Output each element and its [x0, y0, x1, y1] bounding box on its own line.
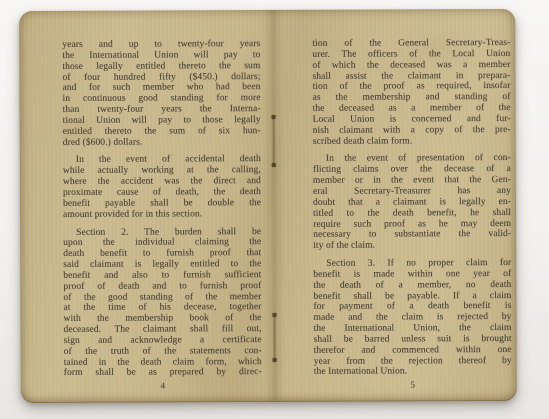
text-line: form shall be as prepared by direc- — [64, 367, 262, 379]
text-line: the International Union will pay to — [62, 50, 260, 62]
text-line: of the truth of the statements con- — [64, 346, 262, 358]
staple-mark — [273, 358, 277, 362]
text-line: doubt that a claimant is legally en- — [313, 197, 511, 209]
text-line: years and up to twenty-four years — [62, 39, 260, 51]
text-line: shall be barred unless suit is brought — [314, 334, 512, 346]
text-line: for payment of a death benefit is — [313, 301, 511, 313]
text-line: proximate cause of death, the death — [63, 187, 261, 199]
text-line: eral Secretary-Treasurer has any — [313, 186, 511, 198]
paragraph: Section 3. If no proper claim forbenefit… — [313, 258, 512, 378]
booklet: years and up to twenty-four yearsthe Int… — [19, 9, 517, 403]
text-line: Local Union is concerned and fur- — [313, 114, 511, 126]
page-right-text: tion of the General Secretary-Treas-urer… — [312, 38, 511, 378]
text-line: where the accident was the direct and — [63, 176, 261, 188]
staple-mark — [272, 313, 276, 317]
text-line: benefit and also to furnish sufficient — [63, 270, 261, 282]
staple-mark — [273, 117, 275, 166]
text-line: the International Union, the claim — [314, 323, 512, 335]
text-line: tion of the General Secretary-Treas- — [312, 38, 510, 50]
text-line: therefor and commenced within one — [314, 345, 512, 357]
text-line: the International Union. — [314, 366, 512, 378]
text-line: amount provided for in this section. — [63, 209, 261, 221]
text-line: scribed death claim form. — [313, 136, 511, 148]
text-line: year from the rejection thereof by — [314, 356, 512, 368]
paragraph: Section 2. The burden shall beupon the i… — [63, 227, 262, 380]
text-line: dred ($600.) dollars. — [63, 137, 261, 149]
text-line: sign and acknowledge a certificate — [64, 335, 262, 347]
text-line: deceased. The claimant shall fill out, — [64, 324, 262, 336]
text-line: In the event of accidental death — [63, 154, 261, 166]
text-line: death benefit to furnish proof that — [63, 248, 261, 260]
text-line: tional Union will pay to those legally — [63, 115, 261, 127]
staple-mark — [272, 115, 276, 119]
text-line: titled to the death benefit, he shall — [313, 208, 511, 220]
text-line: member or in the event that the Gen- — [313, 175, 511, 187]
text-line: those legally entitled thereto the sum — [62, 61, 260, 73]
paragraph: In the event of accidental deathwhile ac… — [63, 154, 261, 220]
text-line: said claimant is legally entitled to the — [63, 259, 261, 271]
text-line: flicting claims over the decease of a — [313, 164, 511, 176]
text-line: nish claimant with a copy of the pre- — [313, 125, 511, 137]
text-line: than twenty-four years the Interna- — [63, 104, 261, 116]
text-line: benefit is made within one year of — [313, 269, 511, 281]
text-line: of which the deceased was a member — [312, 60, 510, 72]
paragraph: In the event of presentation of con-flic… — [313, 153, 511, 251]
photo-background: years and up to twenty-four yearsthe Int… — [0, 0, 549, 419]
paragraph: years and up to twenty-four yearsthe Int… — [62, 39, 260, 148]
text-line: the deceased as a member of the — [313, 103, 511, 115]
page-number-left: 4 — [64, 380, 262, 391]
text-line: necessary to substantiate the valid- — [313, 229, 511, 241]
page-number-right: 5 — [314, 379, 512, 390]
text-line: ity of the claim. — [313, 240, 511, 252]
text-line: the death of a member, no death — [313, 280, 511, 292]
staple-mark — [272, 163, 276, 167]
text-line: proof of death and to furnish proof — [63, 281, 261, 293]
text-line: Section 3. If no proper claim for — [313, 258, 511, 270]
text-line: require such proof as he may deem — [313, 218, 511, 230]
paragraph: tion of the General Secretary-Treas-urer… — [312, 38, 510, 147]
page-left-text: years and up to twenty-four yearsthe Int… — [62, 39, 261, 379]
staple-mark — [273, 315, 275, 361]
text-line: Section 2. The burden shall be — [63, 227, 261, 239]
text-line: entitled thereto the sum of six hun- — [63, 126, 261, 138]
text-line: while actually working at the calling, — [63, 165, 261, 177]
text-line: benefit payable shall be double the — [63, 198, 261, 210]
text-line: made and the claim is rejected by — [313, 312, 511, 324]
text-line: urer. The officers of the Local Union — [312, 49, 510, 61]
